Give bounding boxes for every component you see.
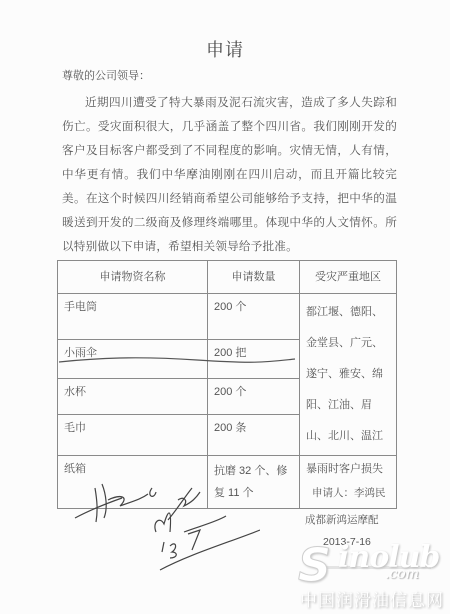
document-title: 申请 — [0, 36, 450, 62]
table-row: 手电筒 200 个 都江堰、德阳、金堂县、广元、遂宁、雅安、绵阳、江油、眉山、北… — [58, 294, 397, 340]
body-paragraph: 近期四川遭受了特大暴雨及泥石流灾害，造成了多人失踪和伤亡。受灾面积很大，几乎涵盖… — [62, 90, 397, 258]
table-header-row: 申请物资名称 申请数量 受灾严重地区 — [58, 261, 397, 294]
item-quantity: 200 条 — [208, 415, 300, 456]
salutation: 尊敬的公司领导： — [62, 67, 150, 83]
applicant-name: 申请人：李鸿民 — [312, 485, 386, 500]
item-name: 毛巾 — [58, 415, 208, 456]
watermark-site-name: 中国润滑油信息网 — [300, 586, 444, 611]
document-page: 申请 尊敬的公司领导： 近期四川遭受了特大暴雨及泥石流灾害，造成了多人失踪和伤亡… — [0, 0, 450, 614]
handwritten-signatures — [60, 470, 260, 600]
header-item-name: 申请物资名称 — [58, 261, 208, 294]
strikethrough-mark — [57, 356, 297, 364]
item-name: 水杯 — [58, 379, 208, 415]
box-note: 暴雨时客户损失 — [300, 456, 397, 509]
affected-regions: 都江堰、德阳、金堂县、广元、遂宁、雅安、绵阳、江油、眉山、北川、温江 — [300, 294, 397, 456]
company-name: 成都新鸿运摩配 — [305, 512, 379, 527]
header-regions: 受灾严重地区 — [300, 261, 397, 294]
item-quantity: 200 个 — [208, 379, 300, 415]
watermark-logo-s: S — [298, 538, 331, 592]
item-name: 手电筒 — [58, 294, 208, 340]
header-quantity: 申请数量 — [208, 261, 300, 294]
item-quantity: 200 个 — [208, 294, 300, 340]
watermark-domain: .com — [385, 566, 419, 582]
